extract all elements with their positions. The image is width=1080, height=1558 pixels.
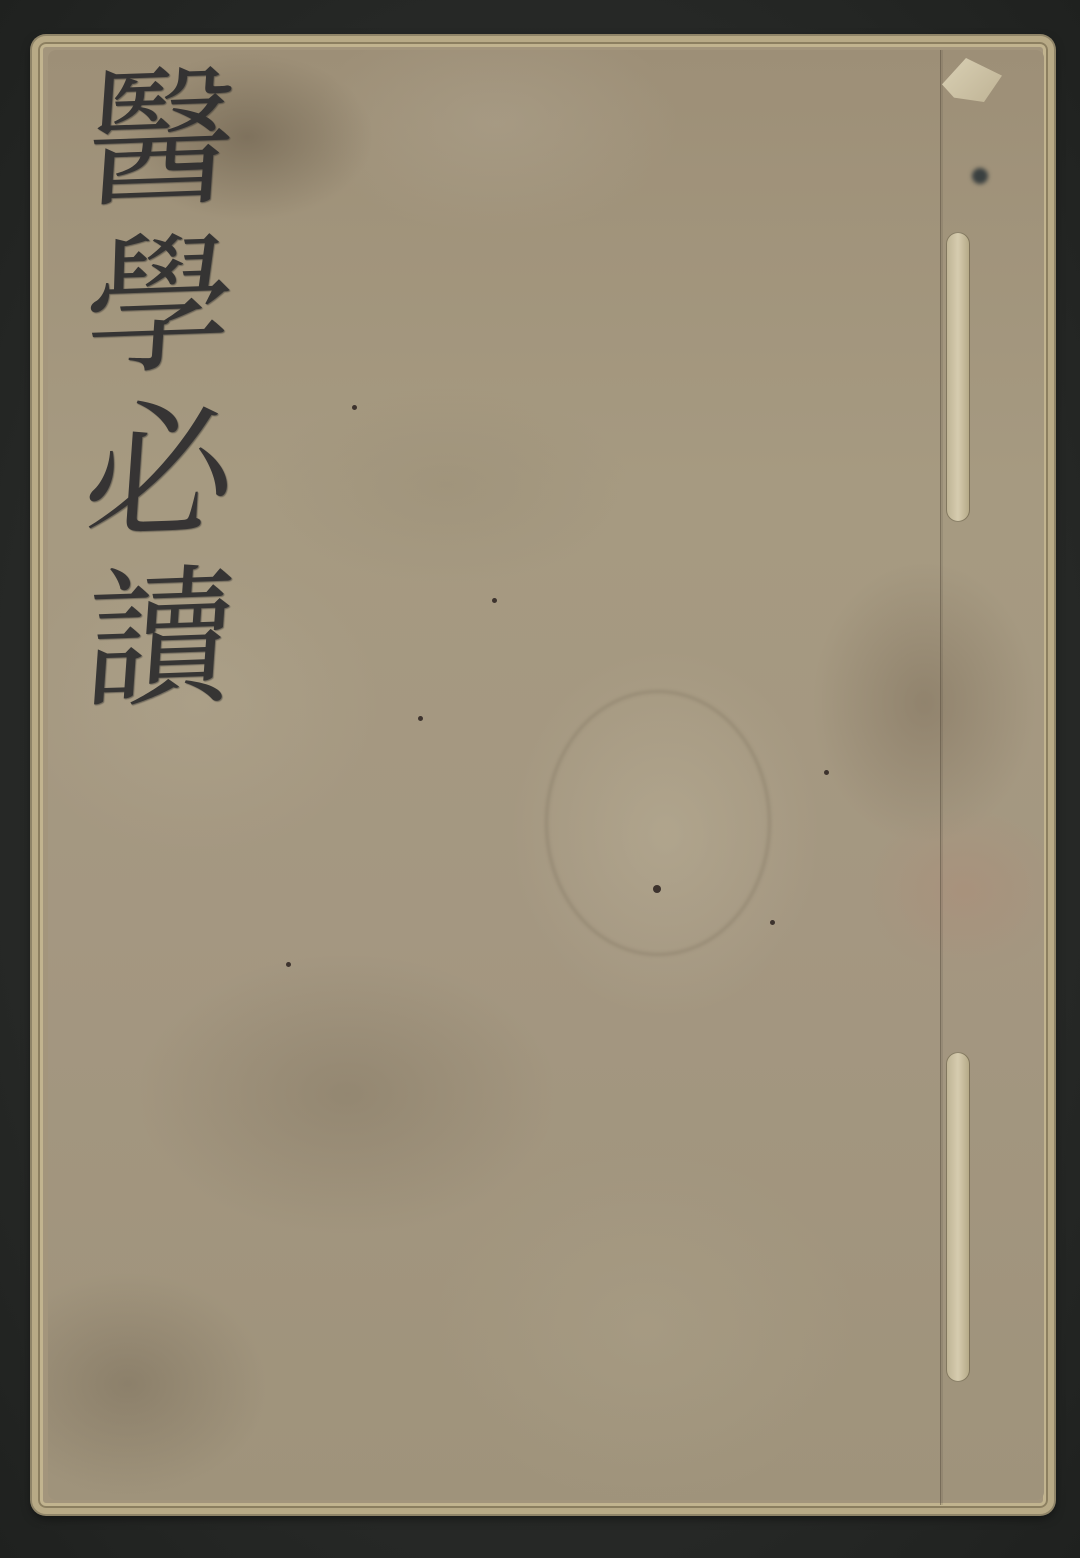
ink-speck <box>653 885 661 893</box>
binding-strip-top <box>946 232 970 522</box>
binding-hole <box>972 168 988 184</box>
ink-speck <box>286 962 291 967</box>
ink-speck <box>352 405 357 410</box>
title-char-3: 必 <box>79 390 240 556</box>
ink-speck <box>824 770 829 775</box>
title-char-2: 學 <box>79 224 240 390</box>
title-char-1: 醫 <box>79 57 240 223</box>
ink-speck <box>418 716 423 721</box>
handwritten-title: 醫 學 必 讀 <box>70 60 250 720</box>
water-stain <box>545 690 771 956</box>
binding-strip-bottom <box>946 1052 970 1382</box>
title-char-4: 讀 <box>79 557 240 723</box>
ink-speck <box>770 920 775 925</box>
ink-speck <box>492 598 497 603</box>
